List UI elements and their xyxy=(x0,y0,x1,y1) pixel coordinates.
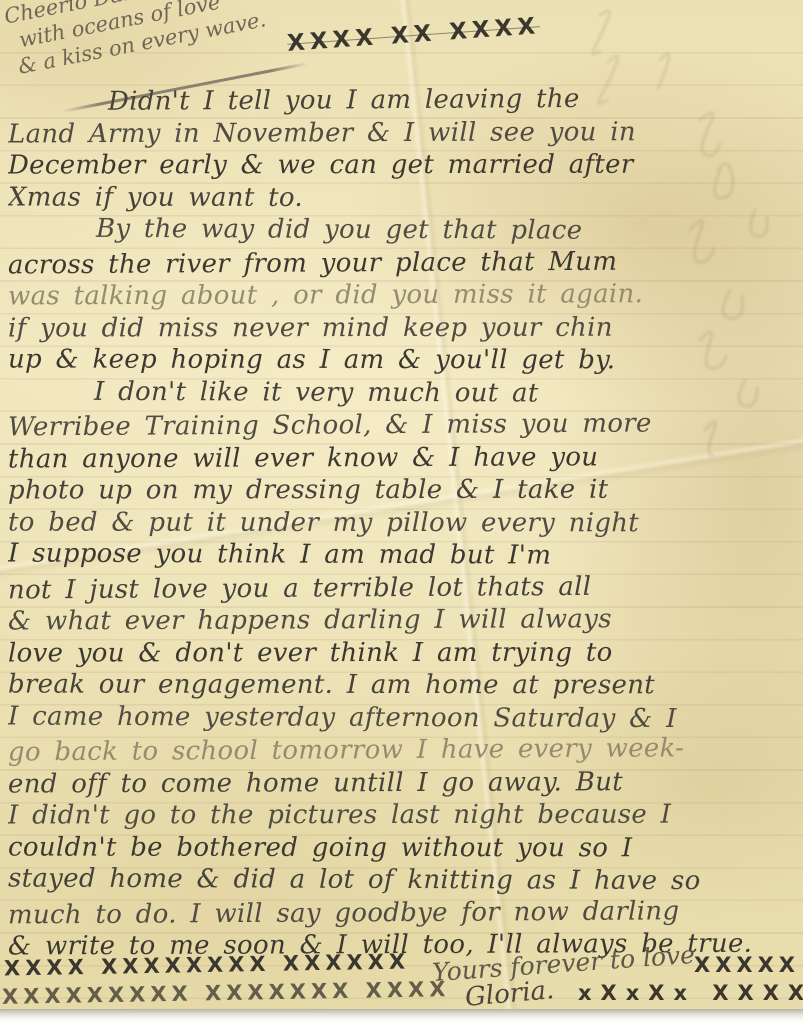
letter-line: photo up on my dressing table & I take i… xyxy=(8,474,800,507)
letter-line: I came home yesterday afternoon Saturday… xyxy=(8,700,800,735)
letter-line: Xmas if you want to. xyxy=(8,181,800,214)
kisses-row: xXxXx XXXXX xyxy=(578,981,803,1005)
letter-line: love you & don't ever think I am trying … xyxy=(8,636,800,669)
closing-row-2: XXXXXXXXX XXXXXXX XXXX Gloria. xXxXx XXX… xyxy=(0,979,803,1009)
letter-line: go back to school tomorrow I have every … xyxy=(8,732,800,769)
letter-line: not I just love you a terrible lot thats… xyxy=(8,569,800,606)
letter-line: end off to come home untill I go away. B… xyxy=(8,765,800,800)
letter-line: By the way did you get that place xyxy=(8,213,800,248)
letter-page: Cheerio Darling with oceans of love & a … xyxy=(0,0,803,1009)
letter-line: stayed home & did a lot of knitting as I… xyxy=(8,863,800,898)
letter-line: break our engagement. I am home at prese… xyxy=(8,669,800,702)
letter-line: I suppose you think I am mad but I'm xyxy=(8,538,800,573)
letter-line: than anyone will ever know & I have you xyxy=(8,440,800,475)
letter-line: Land Army in November & I will see you i… xyxy=(8,115,800,150)
letter-line: up & keep hoping as I am & you'll get by… xyxy=(8,344,800,377)
letter-line: if you did miss never mind keep your chi… xyxy=(8,311,800,344)
kisses-row: XXXXXXXXX XXXXXXX XXXX xyxy=(2,977,451,1009)
letter-line: & what ever happens darling I will alway… xyxy=(8,603,800,638)
letter-line: Didn't I tell you I am leaving the xyxy=(8,82,800,119)
letter-line: across the river from your place that Mu… xyxy=(8,244,800,281)
kisses-row: XXXXX xyxy=(694,953,800,977)
letter-line: to bed & put it under my pillow every ni… xyxy=(8,506,800,539)
letter-line: December early & we can get married afte… xyxy=(8,149,800,182)
scan-bottom-edge xyxy=(0,1009,803,1024)
letter-line: I don't like it very much out at xyxy=(8,375,800,410)
letter-body: Didn't I tell you I am leaving theLand A… xyxy=(8,84,800,962)
kisses-row: XXXX XXXXXXXX XXXXXX xyxy=(4,949,410,980)
letter-scan: Cheerio Darling with oceans of love & a … xyxy=(0,0,803,1024)
letter-line: I didn't go to the pictures last night b… xyxy=(8,799,800,832)
letter-line: couldn't be bothered going without you s… xyxy=(8,831,800,864)
signature: Gloria. xyxy=(464,975,556,1013)
letter-line: Werribee Training School, & I miss you m… xyxy=(8,407,800,444)
letter-line: much to do. I will say goodbye for now d… xyxy=(8,894,800,931)
letter-line: was talking about , or did you miss it a… xyxy=(8,278,800,313)
